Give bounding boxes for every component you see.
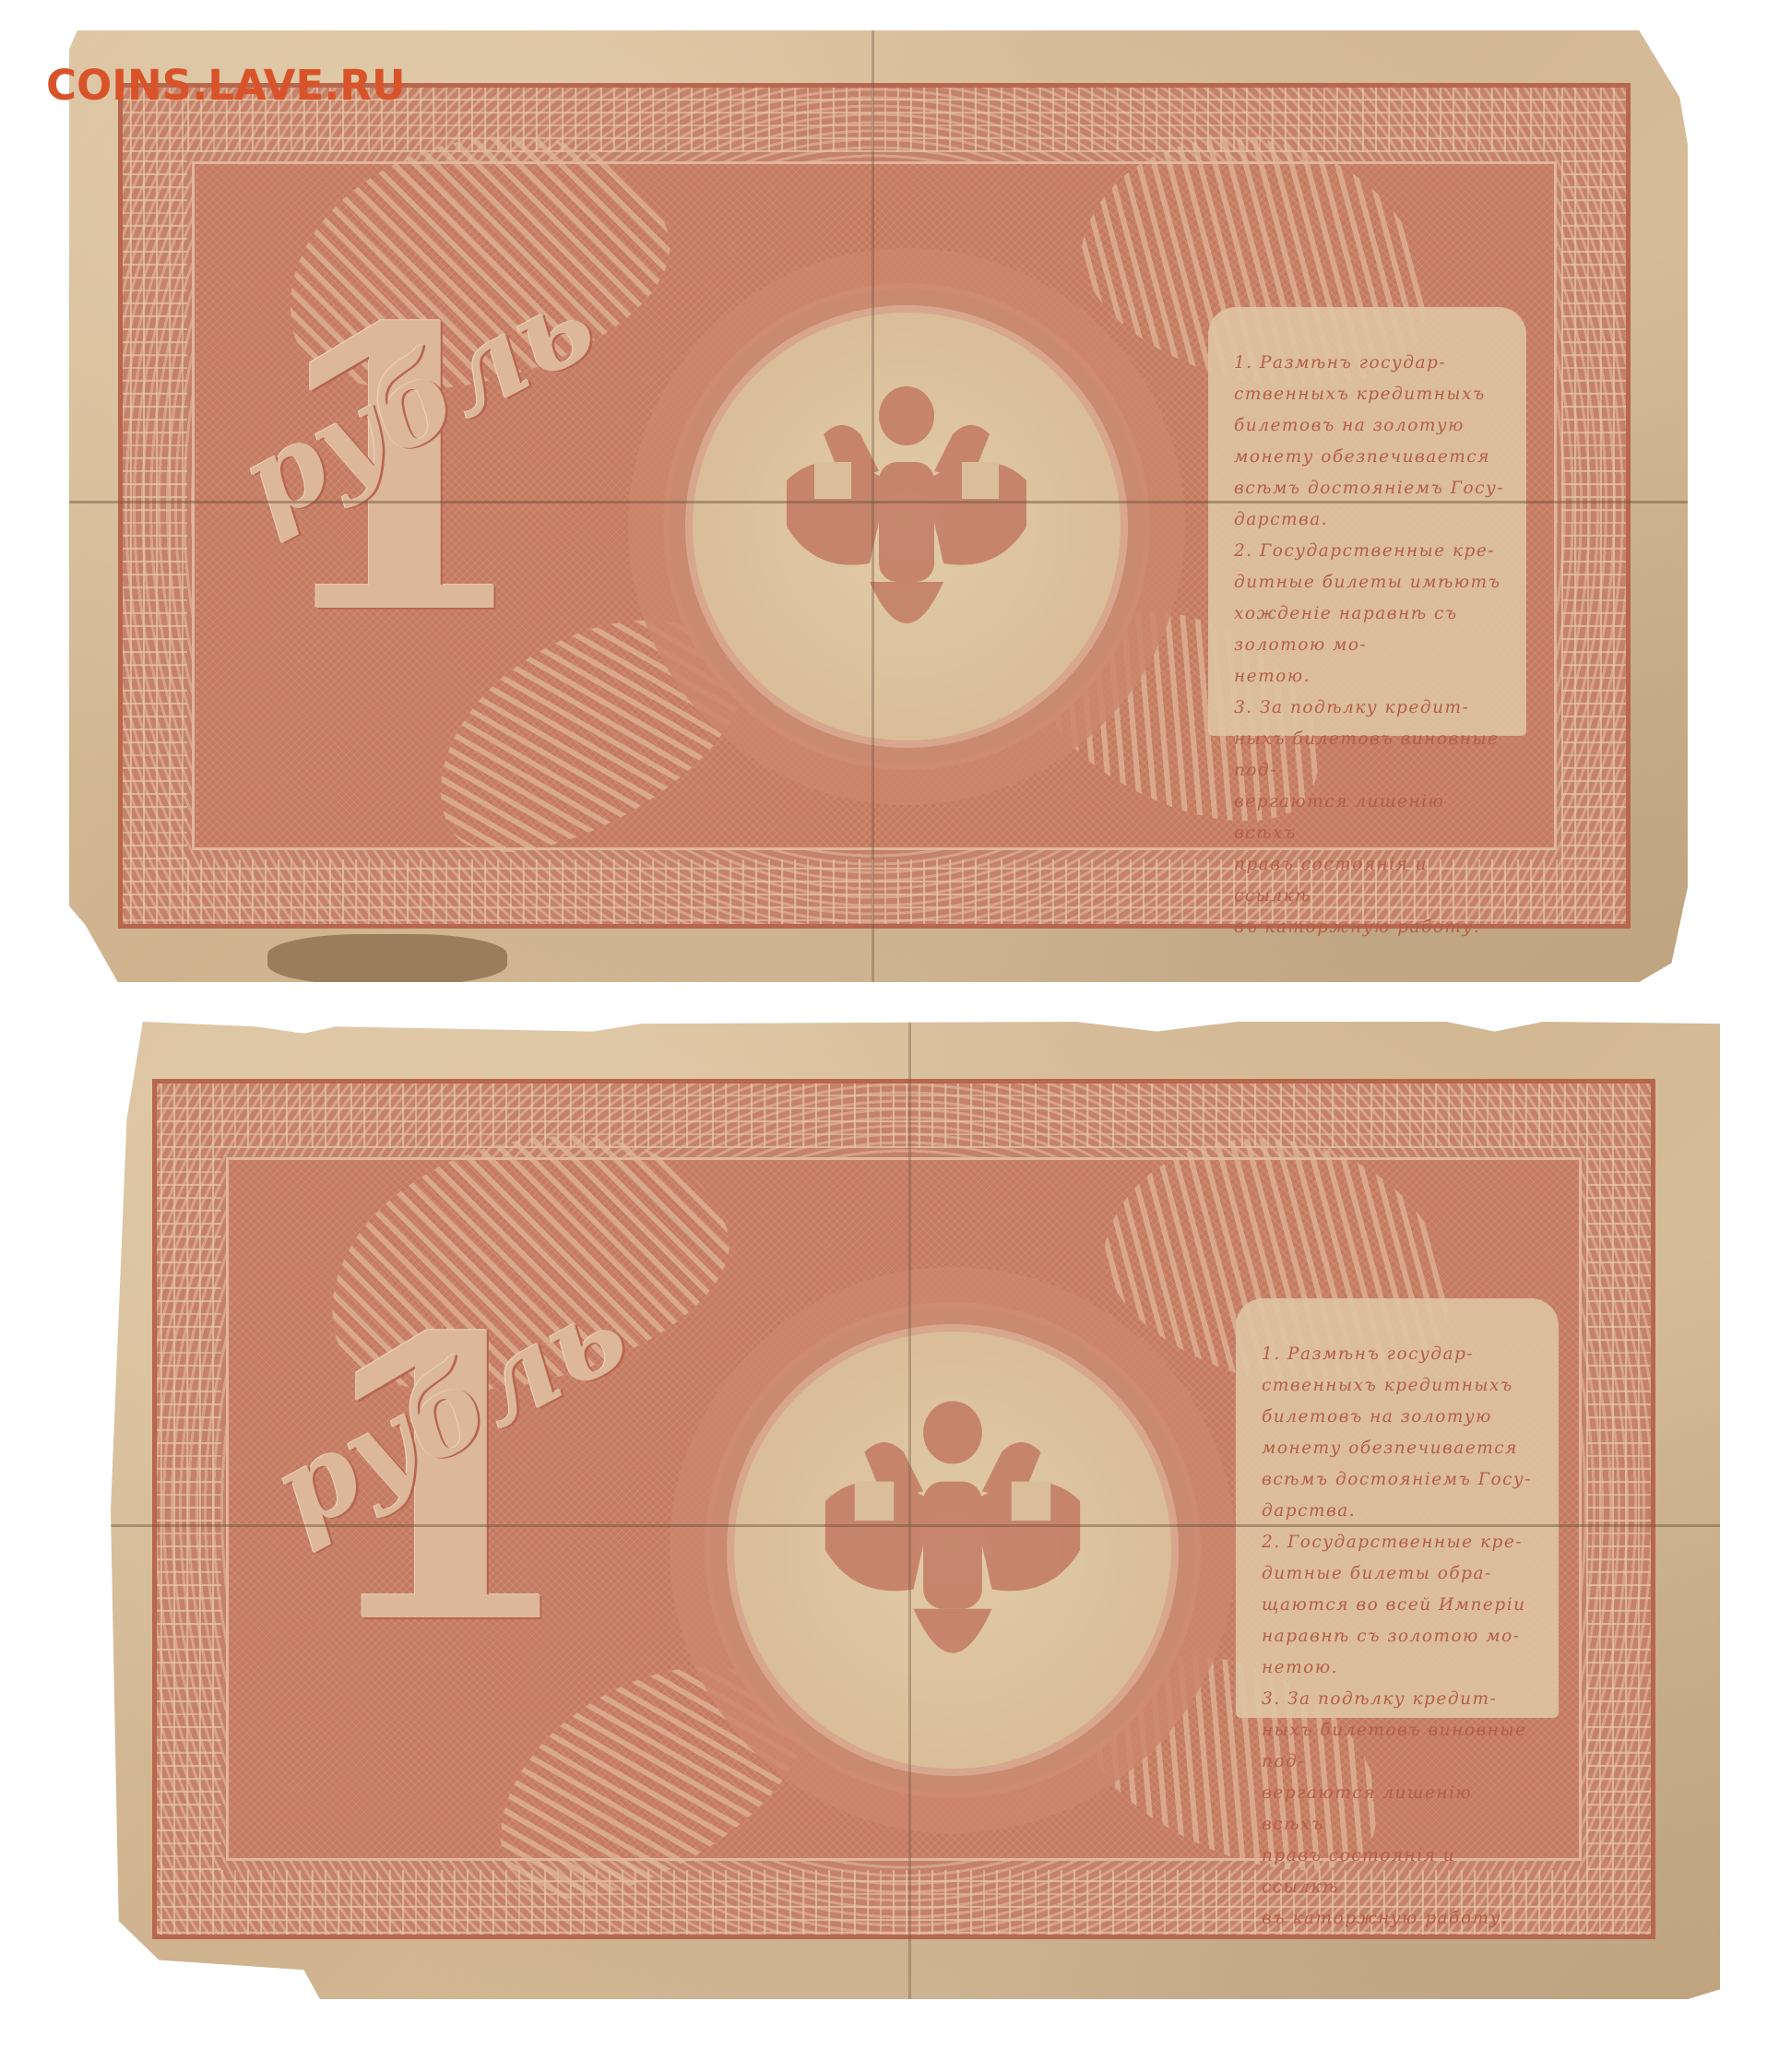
- text-line: 2. Государственные кре-: [1234, 536, 1506, 567]
- watermark-logo: COINS.LAVE.RU: [46, 65, 406, 106]
- text-line: ныхъ билетовъ виновные под-: [1234, 724, 1506, 787]
- text-line: 1. Размѣнъ государ-: [1262, 1339, 1538, 1370]
- text-line: нетою.: [1234, 661, 1506, 693]
- reverse-text-panel: 1. Размѣнъ государ- ственныхъ кредитныхъ…: [1208, 307, 1526, 736]
- text-line: билетовъ на золотую: [1234, 410, 1506, 442]
- fold-crease: [908, 1022, 911, 1999]
- text-line: въ каторжную работу.: [1262, 1903, 1538, 1935]
- fold-crease: [872, 30, 874, 982]
- text-line: 3. За подѣлку кредит-: [1262, 1684, 1538, 1715]
- text-line: дарства.: [1262, 1496, 1538, 1527]
- text-line: нетою.: [1262, 1652, 1538, 1684]
- text-line: ственныхъ кредитныхъ: [1234, 379, 1506, 410]
- text-line: ныхъ билетовъ виновные под-: [1262, 1715, 1538, 1778]
- banknote-bottom: 1 рубль 1. Размѣнъ государ- ственныхъ кр…: [111, 1022, 1720, 1999]
- text-line: ственныхъ кредитныхъ: [1262, 1370, 1538, 1402]
- stain: [267, 934, 507, 985]
- text-line: 3. За подѣлку кредит-: [1234, 693, 1506, 724]
- central-medallion: [669, 289, 1145, 764]
- reverse-text-panel: 1. Размѣнъ государ- ственныхъ кредитныхъ…: [1236, 1298, 1559, 1718]
- text-line: дарства.: [1234, 504, 1506, 536]
- text-line: хожденіе наравнѣ съ: [1234, 598, 1506, 630]
- text-line: въ каторжную работу.: [1234, 912, 1506, 943]
- text-line: 2. Государственные кре-: [1262, 1527, 1538, 1558]
- text-line: дитные билеты обра-: [1262, 1558, 1538, 1590]
- text-line: билетовъ на золотую: [1262, 1402, 1538, 1433]
- text-line: 1. Размѣнъ государ-: [1234, 348, 1506, 379]
- text-line: правъ состоянія и ссылкѣ: [1262, 1841, 1538, 1903]
- text-line: монету обезпечивается: [1234, 442, 1506, 473]
- double-headed-eagle-icon: [768, 379, 1045, 674]
- text-line: вергаются лишенію всѣхъ: [1262, 1778, 1538, 1841]
- central-medallion: [710, 1308, 1195, 1793]
- text-line: всѣмъ достояніемъ Госу-: [1234, 473, 1506, 504]
- banknote-top: 1 рубль 1. Размѣнъ государ- ственныхъ кр…: [69, 30, 1688, 982]
- text-line: всѣмъ достояніемъ Госу-: [1262, 1464, 1538, 1496]
- text-line: вергаются лишенію всѣхъ: [1234, 787, 1506, 849]
- text-line: монету обезпечивается: [1262, 1433, 1538, 1464]
- double-headed-eagle-icon: [805, 1393, 1100, 1707]
- text-line: правъ состоянія и ссылкѣ: [1234, 849, 1506, 912]
- text-line: дитные билеты имѣютъ: [1234, 567, 1506, 598]
- text-line: щаются во всей Имперіи: [1262, 1590, 1538, 1621]
- fold-crease: [69, 501, 1688, 503]
- fold-crease: [111, 1524, 1720, 1527]
- text-line: наравнѣ съ золотою мо-: [1262, 1621, 1538, 1652]
- text-line: золотою мо-: [1234, 630, 1506, 661]
